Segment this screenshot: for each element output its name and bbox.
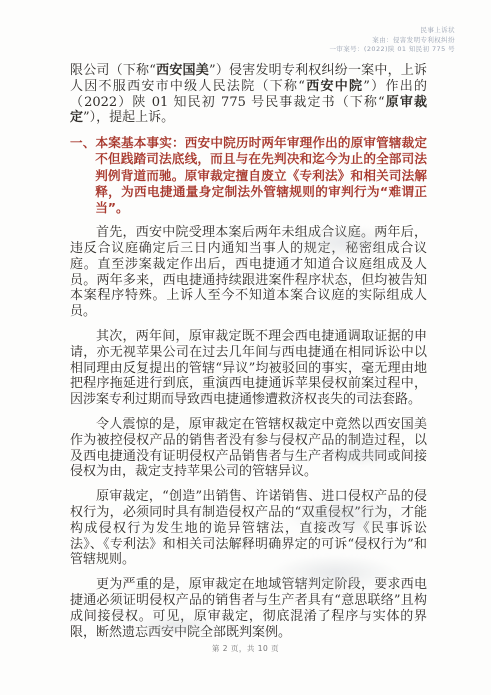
section-heading: 一、本案基本事实：西安中院历时两年审理作出的原审管辖裁定不但践踏司法底线，而且与…: [70, 135, 427, 216]
section-heading-text: 本案基本事实：西安中院历时两年审理作出的原审管辖裁定不但践踏司法底线，而且与在先…: [95, 135, 427, 215]
doc-cause-label: 案由：侵害发明专利权纠纷: [329, 36, 455, 46]
page-footer: 第 2 页，共 10 页: [0, 643, 491, 654]
paragraph-ruling-created: 原审裁定，“创造”出销售、许诺销售、进口侵权产品的侵权行为，必须同时具有制造侵权…: [70, 489, 427, 568]
paragraph-shocking: 令人震惊的是，原审裁定在管辖权裁定中竟然以西安国美作为被控侵权产品的销售者没有参…: [70, 417, 427, 480]
page-number: 第 2 页，共 10 页: [212, 644, 279, 653]
document-page: 民事上诉状 案由：侵害发明专利权纠纷 一审案号：(2022)陕 01 知民初 7…: [0, 0, 491, 695]
doc-case-number: 一审案号：(2022)陕 01 知民初 775 号: [329, 45, 455, 55]
document-body: 限公司（下称“西安国美”）侵害发明专利权纠纷一案中，上诉人因不服西安市中级人民法…: [70, 63, 427, 649]
paragraph-first: 首先，西安中院受理本案后两年未组成合议庭。两年后，违反合议庭确定后三日内通知当事…: [70, 225, 427, 320]
paragraph-second: 其次，两年间，原审裁定既不理会西电捷通调取证据的申请，亦无视苹果公司在过去几年间…: [70, 329, 427, 408]
paragraph-more-serious: 更为严重的是，原审裁定在地域管辖判定阶段，要求西电捷通必须证明侵权产品的销售者与…: [70, 577, 427, 640]
doc-header: 民事上诉状 案由：侵害发明专利权纠纷 一审案号：(2022)陕 01 知民初 7…: [329, 26, 455, 55]
term-xian-court: 西安中院: [305, 79, 363, 94]
opening-paragraph: 限公司（下称“西安国美”）侵害发明专利权纠纷一案中，上诉人因不服西安市中级人民法…: [70, 63, 427, 126]
opening-text: ”），提起上诉。: [83, 110, 174, 125]
opening-text: 限公司（下称“: [70, 63, 156, 78]
section-number: 一、: [70, 135, 96, 150]
term-xian-gome: 西安国美: [156, 63, 209, 78]
doc-type-label: 民事上诉状: [329, 26, 455, 36]
